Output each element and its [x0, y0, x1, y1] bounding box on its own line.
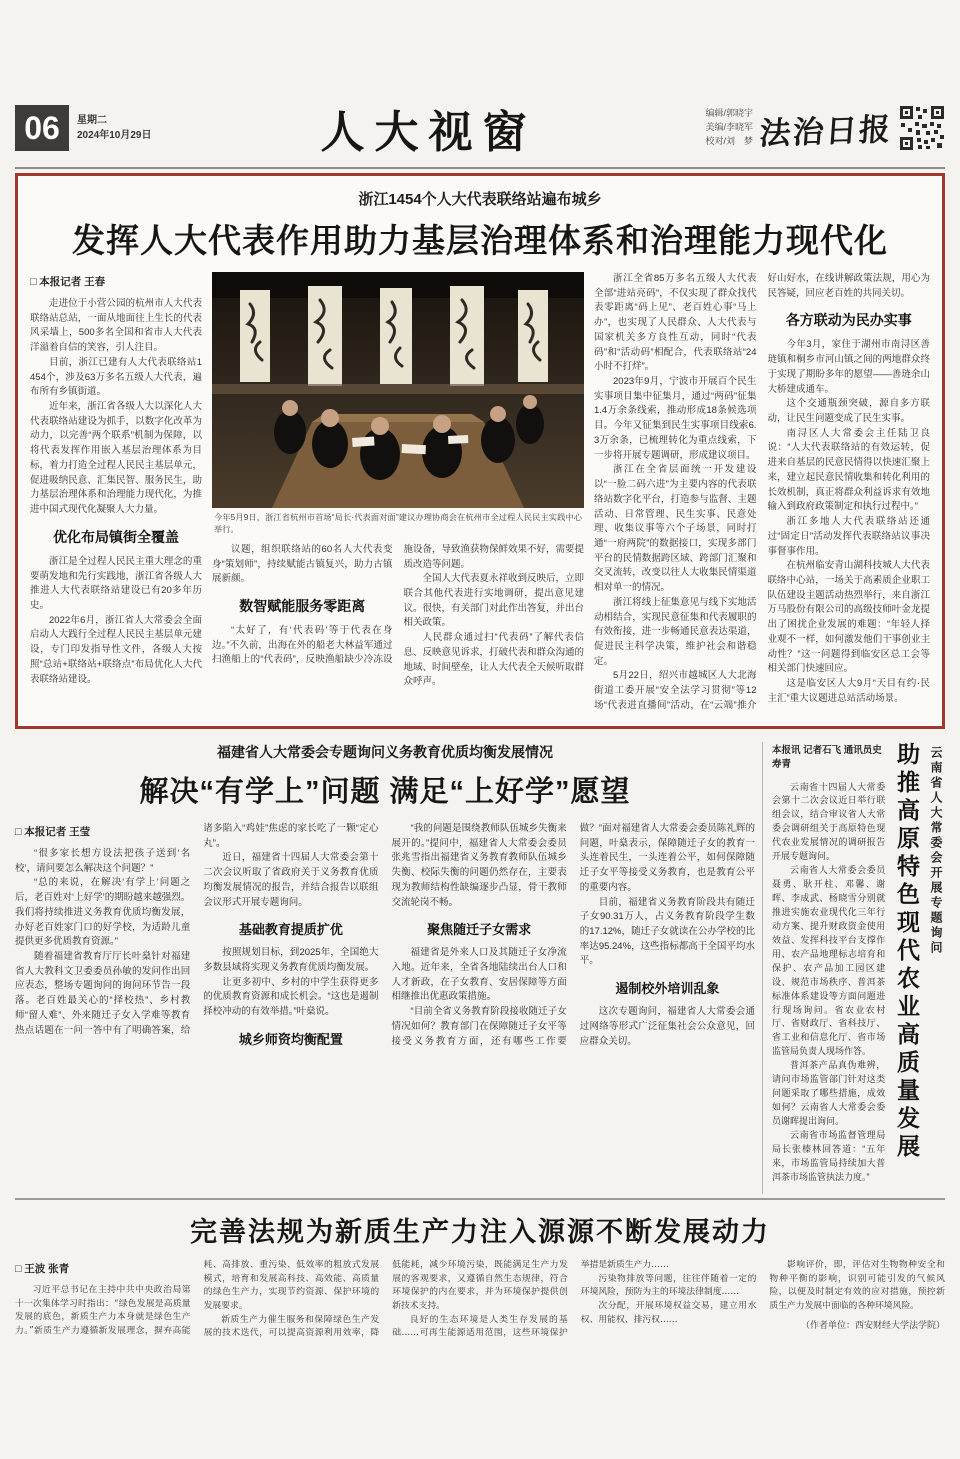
- weekday: 星期二: [77, 113, 152, 128]
- paragraph: 福建省是外来人口及其随迁子女净流入地。近年来，全省各地陆续出台人口和人才新政，在…: [392, 946, 567, 1005]
- photo-caption: 今年5月9日，浙江省杭州市首场“局长·代表面对面”建议办理协商会在杭州市全过程人…: [214, 512, 582, 536]
- byline: □ 王波 张青: [15, 1261, 191, 1276]
- staff-editor: 编辑/郭晓宇: [705, 107, 753, 121]
- meeting-photo-illustration: [212, 272, 584, 508]
- qr-code: [899, 105, 945, 151]
- staff-proofreader: 校对/刘 梦: [705, 135, 753, 149]
- paragraph: 普洱茶产品真伪难辨，请问市场监管部门针对这类问题采取了哪些措施，成效如何？云南省…: [772, 1059, 885, 1129]
- lead-body: □ 本报记者 王春 走进位于小营公园的杭州市人大代表联络站总站，一面从地面往上生…: [30, 272, 930, 724]
- paragraph: 全国人大代表夏永祥收到反映后，立即联合其他代表进行实地调研，提出意见建议。很快，…: [404, 572, 585, 631]
- fujian-body: □ 本报记者 王莹“很多家长想方设法把孩子送到‘名校’，请问要怎么解决这个问题？…: [15, 822, 755, 1194]
- fujian-kicker: 福建省人大常委会专题询问义务教育优质均衡发展情况: [15, 742, 755, 762]
- staff-designer: 美编/李晓军: [705, 121, 753, 135]
- section-subhead: 基础教育提质扩优: [203, 919, 378, 938]
- paragraph: 浙江是全过程人民民主重大理念的重要萌发地和先行实践地，浙江省各级人大推进人大代表…: [30, 555, 202, 614]
- paragraph: 在杭州临安青山湖科技城人大代表联络中心站，一场关于高素质企业职工队伍建设主题活动…: [768, 559, 931, 677]
- paragraph: 近年来，浙江省各级人大以深化人大代表联络站建设为抓手，以数字化改革为动力，以完善…: [30, 400, 202, 518]
- section-subhead: 数智赋能服务零距离: [212, 596, 393, 616]
- lead-right-text: 浙江全省85万多名五级人大代表全部“进站亮码”，不仅实现了群众找代表零距离“码上…: [594, 272, 930, 724]
- paragraph: 污染物排放等问题，往往伴随着一定的环境风险，预防为主的环境法律制度……: [581, 1273, 757, 1300]
- masthead-right: 编辑/郭晓宇 美编/李晓军 校对/刘 梦 法治日报: [705, 105, 945, 151]
- paragraph: 2023年9月，宁波市开展百个民生实事项目集中征集月，通过“两码”征集1.4万余…: [594, 375, 757, 463]
- fujian-article: 福建省人大常委会专题询问义务教育优质均衡发展情况 解决“有学上”问题 满足“上好…: [15, 742, 755, 1194]
- lead-photo: [212, 272, 584, 508]
- section-subhead: 各方联动为民办实事: [768, 310, 931, 330]
- paragraph: 浙江多地人大代表联络站还通过“固定日”活动发挥代表联络站议事决事督事作用。: [768, 515, 931, 559]
- yunnan-headline: 助推高原特色现代农业高质量发展: [892, 742, 921, 1194]
- paragraph: 浙江将线上征集意见与线下实地活动相结合，实现民意征集和代表履职的有效衔接，进一步…: [594, 596, 757, 670]
- section-subhead: 优化布局镇街全覆盖: [30, 527, 202, 547]
- lead-headline: 发挥人大代表作用助力基层治理体系和治理能力现代化: [30, 215, 930, 262]
- fujian-headline: 解决“有学上”问题 满足“上好学”愿望: [15, 769, 755, 810]
- paragraph: 按照规划目标，到2025年，全国绝大多数县域将实现义务教育优质均衡发展。: [203, 946, 378, 975]
- paragraph: 2022年6月，浙江省人大常委会全面启动人大践行全过程人民民主基层单元建设，专门…: [30, 614, 202, 688]
- paragraph: 云南省市场监督管理局局长张榛林回答道：“五年来，市场监管局持续加大普洱茶市场监管…: [772, 1129, 885, 1185]
- lead-byline: □ 本报记者 王春: [30, 274, 202, 289]
- header-rule: [15, 167, 945, 169]
- paragraph: 近日，福建省十四届人大常委会第十二次会议听取了省政府关于义务教育优质均衡发展情况…: [203, 851, 378, 910]
- paragraph: “总的来说，在解决‘有学上’问题之后，老百姓对‘上好学’的期盼越来越强烈。我们将…: [15, 876, 190, 950]
- paragraph: 今年3月，家住于湖州市南浔区善琏镇和桐乡市河山镇之间的两地群众终于实现了期盼多年…: [768, 338, 931, 397]
- yunnan-byline: 本报讯 记者石飞 通讯员史寿青: [772, 744, 885, 773]
- qr-code-image: [899, 105, 945, 151]
- byline: □ 本报记者 王莹: [15, 824, 190, 839]
- bottom-headline: 完善法规为新质生产力注入源源不断发展动力: [15, 1210, 945, 1249]
- paragraph: 议题，组织联络站的60名人大代表变身“策划师”，持续赋能古镇复兴，助力古镇展新颜…: [212, 543, 393, 587]
- yunnan-article: 本报讯 记者石飞 通讯员史寿青 云南省十四届人大常委会第十二次会议近日举行联组会…: [772, 742, 945, 1194]
- paragraph: 浙江全省85万多名五级人大代表全部“进站亮码”，不仅实现了群众找代表零距离“码上…: [594, 272, 757, 375]
- paragraph: 这次专题询问，福建省人大常委会通过网络等形式广泛征集社会公众意见，回应群众关切。: [580, 1005, 755, 1049]
- page-number: 06: [15, 105, 69, 151]
- paragraph: 影响评价，即，评估对生物物种安全和物种平衡的影响，识别可能引发的气候风险，以便及…: [769, 1259, 945, 1314]
- lead-column-middle: 今年5月9日，浙江省杭州市首场“局长·代表面对面”建议办理协商会在杭州市全过程人…: [212, 272, 584, 724]
- section-masthead: 人大视窗: [320, 96, 536, 160]
- page-header: 06 星期二 2024年10月29日 人大视窗 编辑/郭晓宇 美编/李晓军 校对…: [15, 96, 945, 160]
- section-subhead: 聚焦随迁子女需求: [392, 919, 567, 938]
- newspaper-logo: 法治日报: [758, 103, 894, 153]
- paragraph: 南浔区人大常委会主任陆卫良说：“人大代表联络站的有效运转，促进来自基层的民意民情…: [768, 427, 931, 515]
- paragraph: 云南省人大常委会委员聂勇、耿开柱、邓馨、谢晖、李成武、杨晓雪分别就推进实施农业现…: [772, 864, 885, 1059]
- paragraph: 走进位于小营公园的杭州市人大代表联络站总站，一面从地面往上生长的代表风采墙上，5…: [30, 297, 202, 356]
- paragraph: 次分配，开展环境权益交易，建立用水权、用能权、排污权……: [581, 1300, 757, 1327]
- paragraph: “我的问题是围绕教师队伍城乡失衡来展开的。”提问中，福建省人大常委会委员张兆雪指…: [392, 822, 567, 910]
- lead-article: 浙江1454个人大代表联络站遍布城乡 发挥人大代表作用助力基层治理体系和治理能力…: [15, 173, 945, 729]
- paragraph: 人民群众通过扫“代表码”了解代表信息、反映意见诉求，打破代表和群众沟通的地域、时…: [404, 631, 585, 690]
- paragraph: 浙江在全省层面统一开发建设以“一脸二码六进”为主要内容的代表联络站数字化平台，打…: [594, 463, 757, 595]
- paragraph: 云南省十四届人大常委会第十二次会议近日举行联组会议，结合审议省人大常委会调研组关…: [772, 781, 885, 865]
- bottom-article: 完善法规为新质生产力注入源源不断发展动力 □ 王波 张青习近平总书记在主持中共中…: [15, 1198, 945, 1459]
- yunnan-body: 本报讯 记者石飞 通讯员史寿青 云南省十四届人大常委会第十二次会议近日举行联组会…: [772, 742, 885, 1194]
- paragraph: 这是临安区人大9月“天目有约·民主汇”重大议题进总站活动场景。: [768, 677, 931, 706]
- lead-column-1: □ 本报记者 王春 走进位于小营公园的杭州市人大代表联络站总站，一面从地面往上生…: [30, 272, 202, 724]
- lead-kicker: 浙江1454个人大代表联络站遍布城乡: [30, 188, 930, 209]
- author-affiliation: （作者单位：西安财经大学法学院）: [769, 1318, 945, 1331]
- yunnan-kicker: 云南省人大常委会开展专题询问: [928, 742, 945, 1067]
- section-subhead: 城乡师资均衡配置: [203, 1029, 378, 1048]
- page-number-block: 06 星期二 2024年10月29日: [15, 105, 152, 151]
- lead-middle-text: 议题，组织联络站的60名人大代表变身“策划师”，持续赋能古镇复兴，助力古镇展新颜…: [212, 543, 584, 724]
- yunnan-text: 云南省十四届人大常委会第十二次会议近日举行联组会议，结合审议省人大常委会调研组关…: [772, 781, 885, 1185]
- paragraph: “很多家长想方设法把孩子送到‘名校’，请问要怎么解决这个问题？”: [15, 847, 190, 876]
- date: 2024年10月29日: [77, 128, 152, 143]
- paragraph: 让更多初中、乡村的中学生获得更多的优质教育资源和成长机会。“这也是遏制择校冲动的…: [203, 976, 378, 1020]
- column-divider: [762, 742, 763, 1194]
- paragraph: 这个交通瓶颈突破，源自多方联动，让民生问题变成了民生实事。: [768, 397, 931, 426]
- section-subhead: 遏制校外培训乱象: [580, 978, 755, 997]
- lead-column-1-text: 走进位于小营公园的杭州市人大代表联络站总站，一面从地面往上生长的代表风采墙上，5…: [30, 297, 202, 687]
- bottom-body: □ 王波 张青习近平总书记在主持中共中央政治局第十一次集体学习时指出：“绿色发展…: [15, 1259, 945, 1444]
- paragraph: 目前，福建省义务教育阶段共有随迁子女90.31万人，占义务教育阶段学生数的17.…: [580, 896, 755, 970]
- paragraph: 目前，浙江已建有人大代表联络站1454个，涉及63万多名五级人大代表，遍布所有乡…: [30, 356, 202, 400]
